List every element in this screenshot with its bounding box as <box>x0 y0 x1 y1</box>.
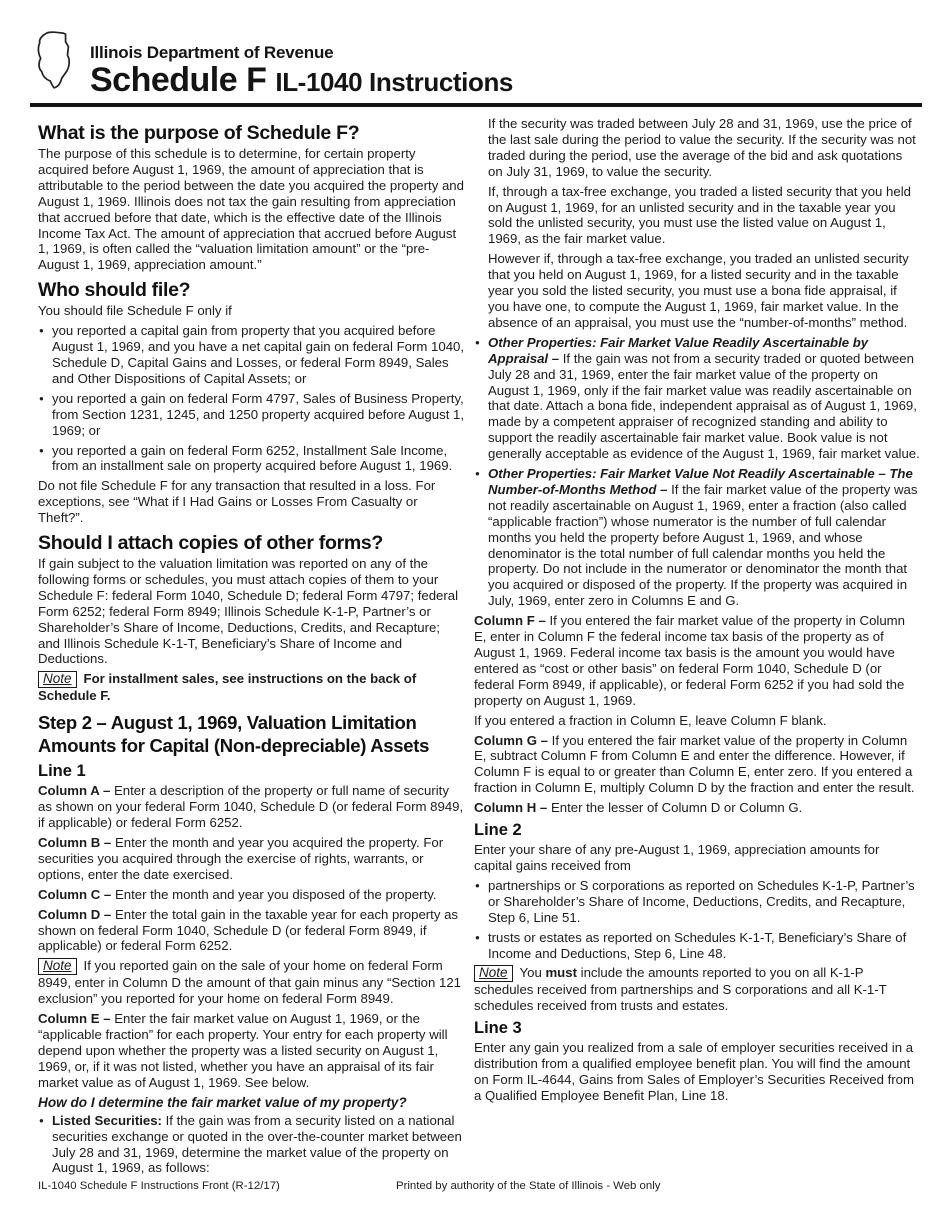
paragraph: If, through a tax-free exchange, you tra… <box>488 184 920 248</box>
step-heading: Step 2 – August 1, 1969, Valuation Limit… <box>38 712 465 757</box>
text-run: If the gain was not from a security trad… <box>488 351 920 461</box>
left-column: What is the purpose of Schedule F?The pu… <box>38 116 465 1180</box>
bullet-icon: ● <box>39 326 44 336</box>
two-column-body: What is the purpose of Schedule F?The pu… <box>0 107 950 1180</box>
paragraph: Column D – Enter the total gain in the t… <box>38 907 465 955</box>
text-run: Enter the month and year you disposed of… <box>115 887 437 902</box>
bullet-item: ●you reported a gain on federal Form 625… <box>38 443 465 475</box>
bullet-icon: ● <box>475 881 480 891</box>
text-run: What is the purpose of Schedule F? <box>38 122 359 144</box>
paragraph: Column E – Enter the fair market value o… <box>38 1011 465 1091</box>
text-run: Should I attach copies of other forms? <box>38 532 383 554</box>
line-heading: Line 2 <box>474 821 920 840</box>
section-heading: What is the purpose of Schedule F? <box>38 122 465 144</box>
right-column: If the security was traded between July … <box>474 116 920 1180</box>
footer-printed-by: Printed by authority of the State of Ill… <box>396 1180 660 1193</box>
bullet-item: ●Other Properties: Fair Market Value Not… <box>474 466 920 609</box>
text-run: Listed Securities: <box>52 1113 166 1128</box>
bullet-item: ●partnerships or S corporations as repor… <box>474 878 920 926</box>
paragraph: Column H – Enter the lesser of Column D … <box>474 800 920 816</box>
title-line: Schedule F IL-1040 Instructions <box>90 63 513 97</box>
text-run: If you entered a fraction in Column E, l… <box>474 713 827 728</box>
text-run: The purpose of this schedule is to deter… <box>38 146 464 272</box>
footer-form-id: IL-1040 Schedule F Instructions Front (R… <box>38 1180 280 1193</box>
text-run: you reported a gain on federal Form 6252… <box>52 443 452 474</box>
text-run: Line 2 <box>474 821 522 839</box>
text-run: For installment sales, see instructions … <box>38 671 416 703</box>
paragraph: However if, through a tax-free exchange,… <box>488 251 920 331</box>
text-run: Column E – <box>38 1011 114 1026</box>
paragraph: If the security was traded between July … <box>488 116 920 180</box>
note-box-label: Note <box>474 965 513 982</box>
paragraph: Column C – Enter the month and year you … <box>38 887 465 903</box>
text-run: partnerships or S corporations as report… <box>488 878 915 925</box>
paragraph: Do not file Schedule F for any transacti… <box>38 478 465 526</box>
text-run: must <box>545 965 577 980</box>
text-run: Column C – <box>38 887 115 902</box>
bullet-item: ●you reported a gain on federal Form 479… <box>38 391 465 439</box>
text-run: Who should file? <box>38 279 190 301</box>
form-title: Schedule F <box>90 63 266 97</box>
section-heading: Who should file? <box>38 279 465 301</box>
text-run: you reported a gain on federal Form 4797… <box>52 391 464 438</box>
text-run: You should file Schedule F only if <box>38 303 232 318</box>
note-box-label: Note <box>38 671 77 688</box>
line-heading: Line 3 <box>474 1019 920 1038</box>
document-page: Illinois Department of Revenue Schedule … <box>0 0 950 1230</box>
text-run: you reported a capital gain from propert… <box>52 323 464 386</box>
bullet-item: ●trusts or estates as reported on Schedu… <box>474 930 920 962</box>
illinois-outline-icon <box>34 30 78 97</box>
text-run: How do I determine the fair market value… <box>38 1095 407 1110</box>
paragraph: You should file Schedule F only if <box>38 303 465 319</box>
form-header: Illinois Department of Revenue Schedule … <box>0 0 950 97</box>
question-heading: How do I determine the fair market value… <box>38 1095 465 1111</box>
text-run: Step 2 – August 1, 1969, Valuation Limit… <box>38 712 429 756</box>
paragraph: Enter any gain you realized from a sale … <box>474 1040 920 1104</box>
text-run: trusts or estates as reported on Schedul… <box>488 930 906 961</box>
bullet-item: ●Other Properties: Fair Market Value Rea… <box>474 335 920 462</box>
paragraph: Column G – If you entered the fair marke… <box>474 733 920 797</box>
text-run: If the fair market value of the property… <box>488 482 917 608</box>
paragraph: The purpose of this schedule is to deter… <box>38 146 465 273</box>
text-run: Line 1 <box>38 762 86 780</box>
bullet-item: ●Listed Securities: If the gain was from… <box>38 1113 465 1177</box>
note: NoteFor installment sales, see instructi… <box>38 671 465 704</box>
text-run: Column H – <box>474 800 551 815</box>
bullet-icon: ● <box>475 338 480 348</box>
text-run: Enter your share of any pre-August 1, 19… <box>474 842 879 873</box>
bullet-icon: ● <box>39 394 44 404</box>
text-run: You <box>520 965 546 980</box>
agency-name: Illinois Department of Revenue <box>90 43 513 63</box>
note: NoteIf you reported gain on the sale of … <box>38 958 465 1007</box>
text-run: Column F – <box>474 613 549 628</box>
section-heading: Should I attach copies of other forms? <box>38 532 465 554</box>
bullet-icon: ● <box>39 446 44 456</box>
paragraph: Column A – Enter a description of the pr… <box>38 783 465 831</box>
text-run: Column G – <box>474 733 552 748</box>
text-run: Enter the lesser of Column D or Column G… <box>551 800 802 815</box>
paragraph: Column B – Enter the month and year you … <box>38 835 465 883</box>
text-run: If, through a tax-free exchange, you tra… <box>488 184 911 247</box>
line-heading: Line 1 <box>38 762 465 781</box>
text-run: Do not file Schedule F for any transacti… <box>38 478 435 525</box>
paragraph: Enter your share of any pre-August 1, 19… <box>474 842 920 874</box>
paragraph: If gain subject to the valuation limitat… <box>38 556 465 667</box>
text-run: Column D – <box>38 907 115 922</box>
paragraph: Column F – If you entered the fair marke… <box>474 613 920 708</box>
bullet-icon: ● <box>475 933 480 943</box>
text-run: Enter any gain you realized from a sale … <box>474 1040 914 1103</box>
text-run: If the security was traded between July … <box>488 116 916 179</box>
bullet-icon: ● <box>39 1116 44 1126</box>
header-text: Illinois Department of Revenue Schedule … <box>90 43 513 97</box>
bullet-icon: ● <box>475 469 480 479</box>
note: NoteYou must include the amounts reporte… <box>474 965 920 1014</box>
text-run: Line 3 <box>474 1019 522 1037</box>
text-run: If you reported gain on the sale of your… <box>38 958 461 1006</box>
form-subtitle: IL-1040 Instructions <box>275 69 513 95</box>
bullet-item: ●you reported a capital gain from proper… <box>38 323 465 387</box>
paragraph: If you entered a fraction in Column E, l… <box>474 713 920 729</box>
text-run: If gain subject to the valuation limitat… <box>38 556 458 666</box>
text-run: Column A – <box>38 783 114 798</box>
note-box-label: Note <box>38 958 77 975</box>
text-run: However if, through a tax-free exchange,… <box>488 251 909 330</box>
text-run: Column B – <box>38 835 115 850</box>
